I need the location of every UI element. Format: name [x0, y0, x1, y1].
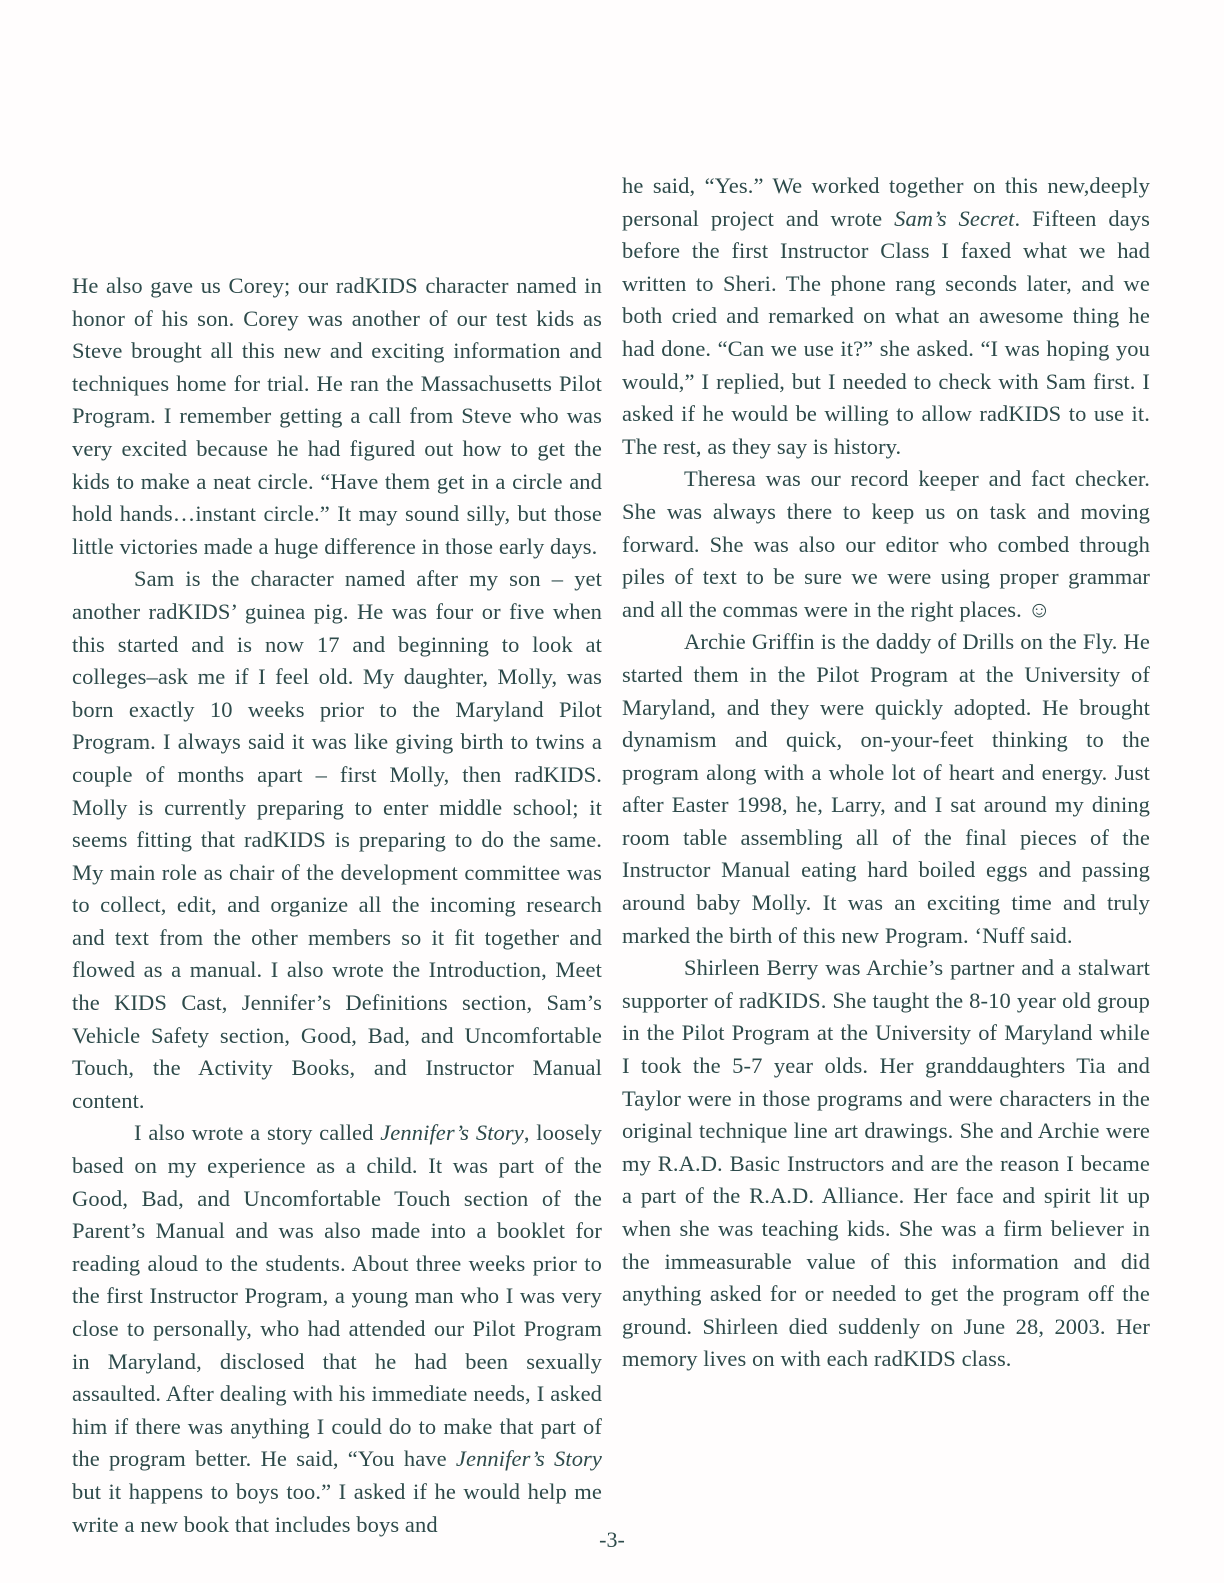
paragraph: he said, “Yes.” We worked together on th… [622, 170, 1150, 463]
paragraph: I also wrote a story called Jennifer’s S… [72, 1117, 602, 1541]
document-page: He also gave us Corey; our radKIDS chara… [0, 0, 1224, 1583]
italic-text-run: Jennifer’s Story [380, 1120, 524, 1145]
text-column-right: he said, “Yes.” We worked together on th… [622, 170, 1150, 1376]
text-run: . Fifteen days before the first Instruct… [622, 206, 1150, 459]
text-run: I also wrote a story called [134, 1120, 380, 1145]
text-column-left: He also gave us Corey; our radKIDS chara… [72, 270, 602, 1541]
text-run: He also gave us Corey; our radKIDS chara… [72, 273, 602, 559]
text-run: Shirleen Berry was Archie’s partner and … [622, 955, 1150, 1371]
paragraph: Archie Griffin is the daddy of Drills on… [622, 626, 1150, 952]
text-run: Archie Griffin is the daddy of Drills on… [622, 629, 1150, 947]
italic-text-run: Sam’s Secret [894, 206, 1014, 231]
text-run: Sam is the character named after my son … [72, 566, 602, 1113]
paragraph: He also gave us Corey; our radKIDS chara… [72, 270, 602, 563]
text-run: , loosely based on my experience as a ch… [72, 1120, 602, 1471]
paragraph: Sam is the character named after my son … [72, 563, 602, 1117]
text-run: Theresa was our record keeper and fact c… [622, 466, 1150, 621]
paragraph: Theresa was our record keeper and fact c… [622, 463, 1150, 626]
italic-text-run: Jennifer’s Story [456, 1446, 602, 1471]
paragraph: Shirleen Berry was Archie’s partner and … [622, 952, 1150, 1376]
page-number: -3- [0, 1527, 1224, 1553]
